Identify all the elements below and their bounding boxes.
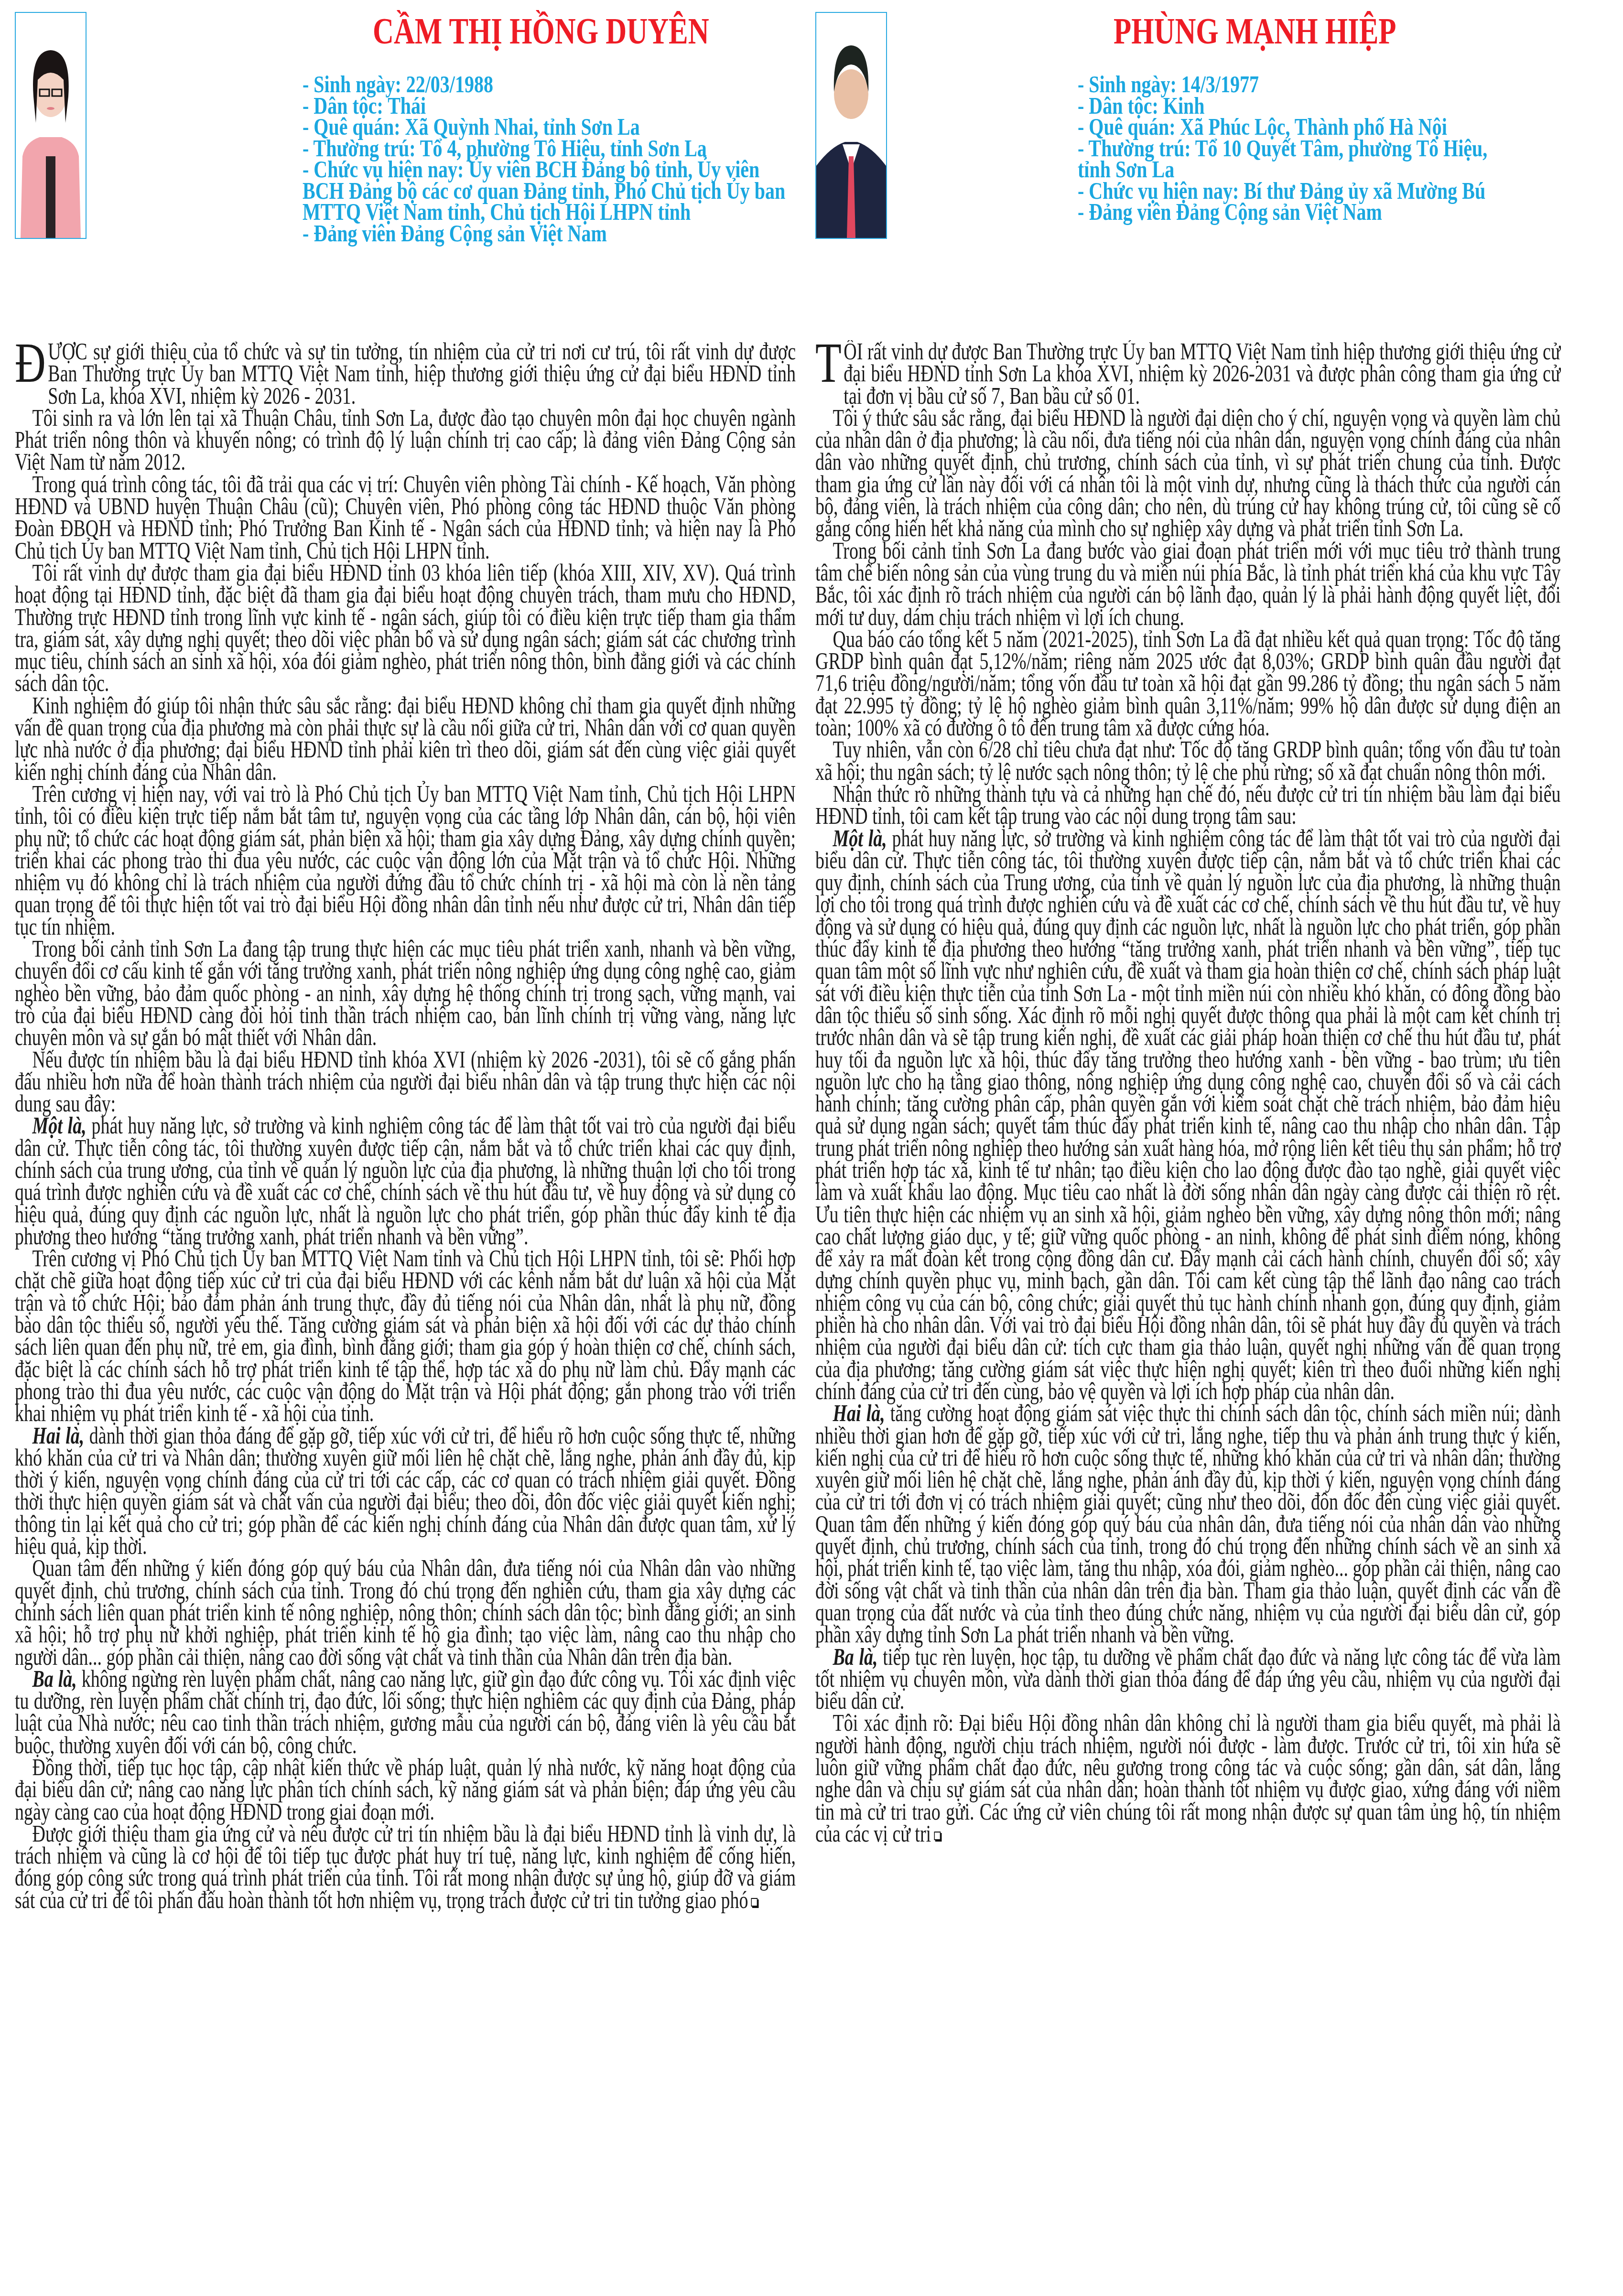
paragraph-text: Nếu được tín nhiệm bầu là đại biểu HĐND … xyxy=(15,1046,796,1117)
paragraph-text: Tôi ý thức sâu sắc rằng, đại biểu HĐND l… xyxy=(815,404,1561,541)
info-hometown: - Quê quán: Xã Quỳnh Nhai, tỉnh Sơn La xyxy=(303,114,800,136)
end-mark-icon xyxy=(751,1898,758,1907)
paragraph-text: không ngừng rèn luyện phẩm chất, nâng ca… xyxy=(15,1665,796,1758)
portrait-woman-icon xyxy=(16,13,86,238)
info-hometown: - Quê quán: Xã Phúc Lộc, Thành phố Hà Nộ… xyxy=(1078,114,1575,136)
candidate-photo xyxy=(15,12,87,239)
candidate-header: PHÙNG MẠNH HIỆP - Sinh ngày: 14/3/1977 -… xyxy=(812,0,1623,330)
candidate-statement-left: ĐƯỢC sự giới thiệu của tổ chức và sự tin… xyxy=(15,340,796,2290)
candidate-name: PHÙNG MẠNH HIỆP xyxy=(1114,10,1396,53)
paragraph-text: Trên cương vị hiện nay, với vai trò là P… xyxy=(15,780,796,940)
statement-paragraph: Qua báo cáo tổng kết 5 năm (2021-2025), … xyxy=(815,628,1561,738)
paragraph-text: Tuy nhiên, vẫn còn 6/28 chỉ tiêu chưa đạ… xyxy=(815,736,1561,785)
paragraph-text: Qua báo cáo tổng kết 5 năm (2021-2025), … xyxy=(815,625,1561,741)
statement-paragraph: Một là, phát huy năng lực, sở trường và … xyxy=(15,1114,796,1247)
paragraph-text: dành thời gian thỏa đáng để gặp gỡ, tiếp… xyxy=(15,1422,796,1559)
info-residence: - Thường trú: Tổ 10 Quyết Tâm, phường Tô… xyxy=(1078,136,1575,157)
statement-paragraph: Được giới thiệu tham gia ứng cử và nếu đ… xyxy=(15,1822,796,1911)
info-ethnicity: - Dân tộc: Kinh xyxy=(1078,93,1575,115)
paragraph-text: Kinh nghiệm đó giúp tôi nhận thức sâu sắ… xyxy=(15,692,796,785)
statement-paragraph: Tôi rất vinh dự được tham gia đại biểu H… xyxy=(15,561,796,694)
statement-paragraph: Một là, phát huy năng lực, sở trường và … xyxy=(815,827,1561,1402)
info-position-cont: MTTQ Việt Nam tỉnh, Chủ tịch Hội LHPN tỉ… xyxy=(303,199,800,221)
candidate-photo xyxy=(815,12,887,239)
candidate-header: CẦM THỊ HỒNG DUYÊN - Sinh ngày: 22/03/19… xyxy=(0,0,812,330)
candidate-info: - Sinh ngày: 14/3/1977 - Dân tộc: Kinh -… xyxy=(1078,72,1623,221)
paragraph-text: Tôi xác định rõ: Đại biểu Hội đồng nhân … xyxy=(815,1709,1561,1846)
info-residence-cont: tỉnh Sơn La xyxy=(1078,157,1575,178)
paragraph-text: phát huy năng lực, sở trường và kinh ngh… xyxy=(15,1112,796,1249)
paragraph-text: Trong bối cảnh tỉnh Sơn La đang bước vào… xyxy=(815,537,1561,630)
info-ethnicity: - Dân tộc: Thái xyxy=(303,93,800,115)
end-mark-icon xyxy=(934,1832,941,1840)
candidate-statement-right: TÔI rất vinh dự được Ban Thường trực Ủy … xyxy=(815,340,1561,2290)
paragraph-text: Trong quá trình công tác, tôi đã trải qu… xyxy=(15,471,796,564)
info-position-cont: BCH Đảng bộ các cơ quan Đảng tỉnh, Phó C… xyxy=(303,178,800,200)
drop-cap: Đ xyxy=(15,341,46,385)
portrait-man-icon xyxy=(816,13,886,238)
paragraph-text: Nhận thức rõ những thành tựu và cả những… xyxy=(815,780,1561,829)
candidate-column-left: CẦM THỊ HỒNG DUYÊN - Sinh ngày: 22/03/19… xyxy=(0,0,812,330)
statement-paragraph: Kinh nghiệm đó giúp tôi nhận thức sâu sắ… xyxy=(15,694,796,783)
paragraph-text: Tôi sinh ra và lớn lên tại xã Thuận Châu… xyxy=(15,404,796,475)
statement-paragraph: Trên cương vị hiện nay, với vai trò là P… xyxy=(15,783,796,938)
paragraph-text: Quan tâm đến những ý kiến đóng góp quý b… xyxy=(15,1554,796,1670)
paragraph-text: phát huy năng lực, sở trường và kinh ngh… xyxy=(815,825,1561,1404)
statement-paragraph: Nhận thức rõ những thành tựu và cả những… xyxy=(815,783,1561,827)
statement-paragraph: Ba là, không ngừng rèn luyện phẩm chất, … xyxy=(15,1668,796,1756)
drop-cap: T xyxy=(815,341,842,385)
statement-paragraph: Trong bối cảnh tỉnh Sơn La đang tập trun… xyxy=(15,938,796,1048)
statement-paragraph: Trên cương vị Phó Chủ tịch Ủy ban MTTQ V… xyxy=(15,1247,796,1424)
statement-paragraph: Tuy nhiên, vẫn còn 6/28 chỉ tiêu chưa đạ… xyxy=(815,738,1561,783)
info-residence: - Thường trú: Tổ 4, phường Tô Hiệu, tỉnh… xyxy=(303,136,800,157)
statement-paragraph: Nếu được tín nhiệm bầu là đại biểu HĐND … xyxy=(15,1048,796,1115)
info-party: - Đảng viên Đảng Cộng sản Việt Nam xyxy=(303,221,800,242)
candidate-name: CẦM THỊ HỒNG DUYÊN xyxy=(373,10,709,53)
statement-paragraph: TÔI rất vinh dự được Ban Thường trực Ủy … xyxy=(815,340,1561,407)
statement-paragraph: Hai là, tăng cường hoạt động giám sát vi… xyxy=(815,1402,1561,1645)
statement-paragraph: Tôi xác định rõ: Đại biểu Hội đồng nhân … xyxy=(815,1712,1561,1844)
paragraph-text: ÔI rất vinh dự được Ban Thường trực Ủy b… xyxy=(844,340,1560,409)
info-position: - Chức vụ hiện nay: Ủy viên BCH Đảng bộ … xyxy=(303,157,800,178)
info-birth: - Sinh ngày: 22/03/1988 xyxy=(303,72,800,93)
statement-paragraph: Quan tâm đến những ý kiến đóng góp quý b… xyxy=(15,1557,796,1667)
statement-paragraph: Trong bối cảnh tỉnh Sơn La đang bước vào… xyxy=(815,539,1561,628)
paragraph-text: Được giới thiệu tham gia ứng cử và nếu đ… xyxy=(15,1820,796,1913)
statement-paragraph: Trong quá trình công tác, tôi đã trải qu… xyxy=(15,473,796,561)
statement-paragraph: Tôi sinh ra và lớn lên tại xã Thuận Châu… xyxy=(15,407,796,473)
paragraph-text: Đồng thời, tiếp tục học tập, cập nhật ki… xyxy=(15,1754,796,1825)
candidate-column-right: PHÙNG MẠNH HIỆP - Sinh ngày: 14/3/1977 -… xyxy=(812,0,1623,330)
paragraph-text: Trong bối cảnh tỉnh Sơn La đang tập trun… xyxy=(15,935,796,1050)
paragraph-text: ƯỢC sự giới thiệu của tổ chức và sự tin … xyxy=(48,340,796,409)
statement-paragraph: ĐƯỢC sự giới thiệu của tổ chức và sự tin… xyxy=(15,340,796,407)
statement-paragraph: Tôi ý thức sâu sắc rằng, đại biểu HĐND l… xyxy=(815,407,1561,539)
paragraph-text: Tôi rất vinh dự được tham gia đại biểu H… xyxy=(15,559,796,696)
statement-paragraph: Hai là, dành thời gian thỏa đáng để gặp … xyxy=(15,1424,796,1557)
statement-paragraph: Ba là, tiếp tục rèn luyện, học tập, tu d… xyxy=(815,1646,1561,1712)
info-party: - Đảng viên Đảng Cộng sản Việt Nam xyxy=(1078,199,1575,221)
statement-paragraph: Đồng thời, tiếp tục học tập, cập nhật ki… xyxy=(15,1756,796,1822)
paragraph-text: tiếp tục rèn luyện, học tập, tu dưỡng về… xyxy=(815,1643,1561,1714)
paragraph-text: tăng cường hoạt động giám sát việc thực … xyxy=(815,1400,1561,1648)
info-birth: - Sinh ngày: 14/3/1977 xyxy=(1078,72,1575,93)
info-position: - Chức vụ hiện nay: Bí thư Đảng ủy xã Mư… xyxy=(1078,178,1575,200)
paragraph-text: Trên cương vị Phó Chủ tịch Ủy ban MTTQ V… xyxy=(15,1245,796,1426)
